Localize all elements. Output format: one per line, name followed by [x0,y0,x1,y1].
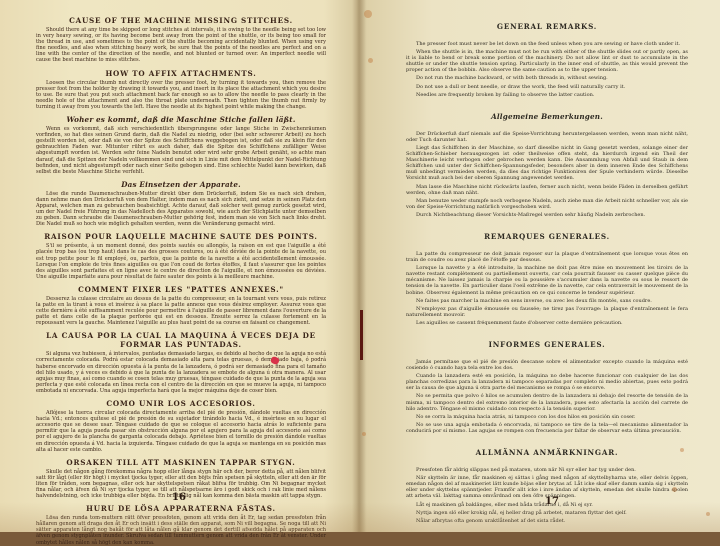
section-paragraph: Nyttja ingen slö eller krokig nål, ej he… [406,510,688,516]
right-page: GENERAL REMARKS.The presser foot must ne… [406,8,688,526]
section-heading: LA CAUSA POR LA CUAL LA MAQUINA Á VECES … [36,331,326,349]
section-paragraph: No se corra la máquina hacia atrás, ni t… [406,414,688,420]
section-text: Desserez la culasse circulaire au dessus… [36,296,326,326]
section-paragraph: The presser foot must never be let down … [406,41,688,47]
binding-tear [360,310,363,360]
section-text: Should there at any time be skipped or l… [36,27,326,64]
section-paragraph: Der Drückerfuß darf niemals auf die Spei… [406,131,688,143]
section-heading: COMMENT FIXER LES "PATTES ANNEXES." [36,285,326,294]
stain [706,512,710,516]
section-paragraph: When the shuttle is in, the machine must… [406,49,688,73]
stain [362,432,366,436]
section-paragraph: Nålar afbrytas ofta genom uraktlåtenhet … [406,518,688,524]
document-spread: CAUSE OF THE MACHINE MISSING STITCHES.Sh… [0,0,720,532]
section-paragraph: Les aiguilles se cassent fréquemment fau… [406,320,688,326]
section-text: Loosen the circular thumb nut directly o… [36,80,326,110]
section-heading: RAISON POUR LAQUELLE MACHINE SAUTE DES P… [36,232,326,241]
page-number-right: 17 [545,496,559,507]
section-paragraph: Do not run the machine backward, or with… [406,75,688,81]
section-heading: ALLMÄNNA ANMÄRKNINGAR. [406,448,688,457]
section-paragraph: Pressfoten får aldrig släppas ned på mat… [406,467,688,473]
section-heading: HURU DE LÖSA APPARATERNA FÄSTAS. [36,504,326,513]
stain [680,448,684,452]
stain [368,58,373,63]
page-number-left: 16 [172,492,186,503]
section-text: S'il se présente, à un moment donné, des… [36,243,326,280]
section-text: Lösa den runda tom-muttern rätt öfver pr… [36,515,326,532]
section-heading: Allgemeine Bemerkungen. [406,112,688,121]
section-paragraph: Needles are frequently broken by failing… [406,92,688,98]
section-paragraph: Cuando la lanzadera esté en posición, la… [406,373,688,391]
section-paragraph: Ne faites pas marcher la machine en sens… [406,298,688,304]
section-paragraph: Liegt das Schiffchen in der Maschine, so… [406,145,688,182]
section-paragraph: Durch Nichtbeachtung dieser Vorsichts-Ma… [406,212,688,218]
section-paragraph: Låt ej maskinen gå baklänges, eller med … [406,502,688,508]
section-heading: CAUSE OF THE MACHINE MISSING STITCHES. [36,16,326,25]
section-heading: Das Einsetzen der Apparate. [36,180,326,189]
section-paragraph: Man lasse die Maschine nicht rückwärts l… [406,184,688,196]
section-heading: REMARQUES GENERALES. [406,232,688,241]
section-paragraph: No se use una aguja embotada ó encorvada… [406,422,688,434]
section-paragraph: Do not use a dull or bent needle, or dra… [406,84,688,90]
stain [672,487,677,492]
section-text: Wenn es vorkommt, daß sich verschiedentl… [36,126,326,175]
section-heading: GENERAL REMARKS. [406,22,688,31]
section-paragraph: Jamás permítase que el pié de presión de… [406,359,688,371]
section-paragraph: Man benutze weder stumpfe noch verbogene… [406,198,688,210]
section-paragraph: La patte du compresseur ne doit jamais r… [406,251,688,263]
section-paragraph: Lorsque la navette y a été introduite, l… [406,265,688,295]
page-fold [352,0,366,532]
section-heading: INFORMES GENERALES. [406,340,688,349]
section-heading: ORSAKEN TILL ATT MASKINEN TAPPAR STYGN. [36,458,326,467]
section-heading: COMO UNIR LOS ACCESORIOS. [36,399,326,408]
section-heading: HOW TO AFFIX ATTACHMENTS. [36,69,326,78]
section-text: Aflójese la tuerca circular colocada dir… [36,410,326,453]
section-text: Löse die runde Daumenschrauben-Mutter di… [36,191,326,228]
section-paragraph: No se permita que polvo ó hilos se acumu… [406,393,688,411]
left-page: CAUSE OF THE MACHINE MISSING STITCHES.Sh… [36,8,326,532]
section-heading: Woher es kommt, daß die Maschine Stiche … [36,115,326,124]
stain [364,10,372,18]
section-text: Si alguna vez hubiesen, á intervalos, pu… [36,351,326,394]
section-paragraph: N'employez pas d'aiguille émoussée ou fa… [406,306,688,318]
